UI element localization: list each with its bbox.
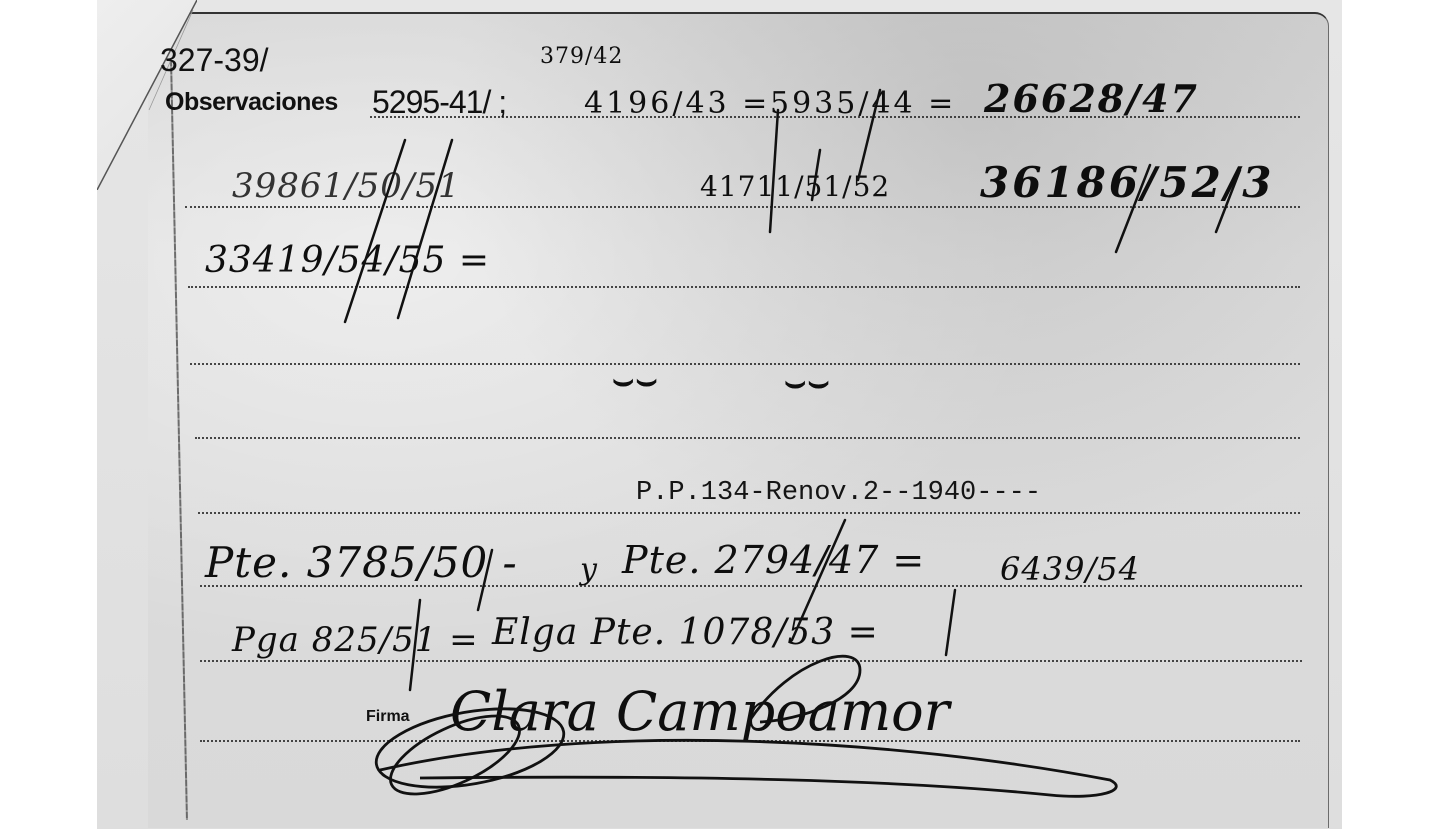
entry-5295-41: 5295-41/ ; [372,84,506,121]
entry-5935-44: 5935/44 = [770,86,956,121]
entry-elga-1078: Elga Pte. 1078/53 = [492,612,879,653]
entry-39861: 39861/50/51 [232,166,461,206]
entry-4196-43: 4196/43 = [584,86,770,121]
typed-renewal-note: P.P.134-Renov.2--1940---- [636,478,1041,508]
entry-26628-47: 26628/47 [984,76,1199,121]
card-number: 327-39/ [160,42,269,79]
entry-pte-3785: Pte. 3785/50 - [205,538,518,587]
signature-label: Firma [366,708,410,726]
entry-36186: 36186/52/3 [980,158,1274,207]
conjunction-y: y [580,552,598,587]
annotation-above: 379/42 [540,44,623,69]
entry-41711: 41711/51/52 [700,170,890,203]
observations-label: Observaciones [165,88,338,117]
entry-6439-54: 6439/54 [1000,550,1140,588]
ditto-mark: ⌣⌣ [784,362,831,402]
entry-pte-2794: Pte. 2794/47 = [622,538,925,582]
entry-33419: 33419/54/55 = [205,240,490,281]
signature: Clara Campoamor [450,680,949,743]
ditto-mark: ⌣⌣ [612,360,659,400]
entry-pga-825: Pga 825/51 = [232,620,479,660]
